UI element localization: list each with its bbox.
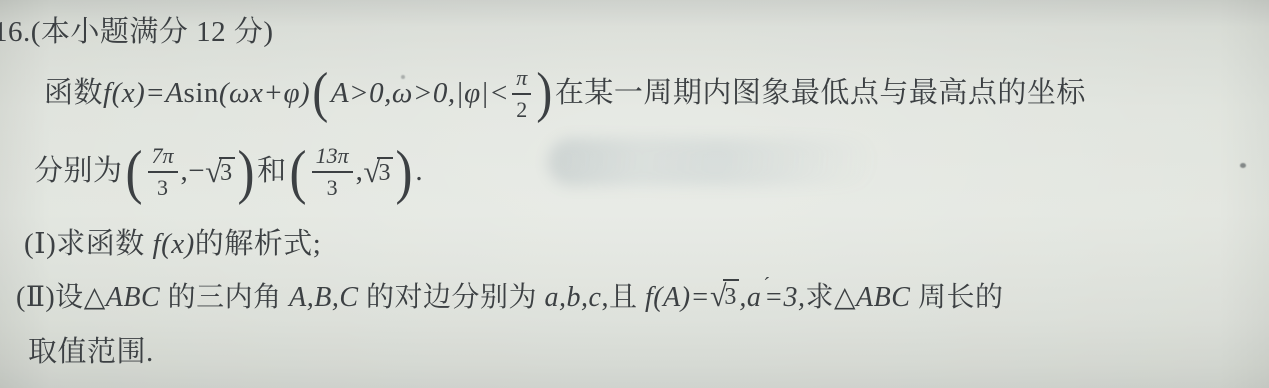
part-one-suffix: 的解析式; [195, 228, 322, 260]
fa-equals: f(A)= [645, 282, 710, 313]
part-two-continuation: 取值范围. [28, 334, 154, 370]
big-paren-open: ( [125, 139, 142, 205]
sqrt-3: √3 [205, 155, 235, 189]
part-two-text: (Ⅱ)设 [16, 282, 84, 313]
part-two-text: 的三内角 [160, 282, 289, 313]
exam-paper-photo: 16.(本小题满分 12 分) 函数 f(x)=A sin (ωx+φ) ( A… [0, 0, 1269, 388]
points-lead-text: 分别为 [34, 156, 123, 188]
fraction-numerator: 7π [148, 144, 178, 173]
triangle-symbol: △ [834, 282, 856, 313]
big-paren-close: ) [396, 139, 413, 205]
angle-labels: A,B,C [289, 282, 358, 313]
paper-speck [1240, 163, 1246, 168]
stray-print-mark: ˊ [763, 273, 770, 298]
part-two-text: 周长的 [910, 282, 1003, 313]
fraction-denominator: 2 [516, 95, 527, 122]
radicand: 3 [377, 157, 393, 186]
fraction-denominator: 3 [157, 173, 168, 200]
separator-minus: ,− [181, 156, 206, 188]
parameter-constraints: A>0,ω>0,|φ|< [331, 78, 509, 110]
problem-statement-line: 函数 f(x)=A sin (ωx+φ) ( A>0,ω>0,|φ|< π 2 … [44, 56, 1086, 132]
part-one-line: (Ⅰ)求函数 f(x)的解析式; [24, 226, 321, 262]
radicand: 3 [219, 157, 235, 186]
big-paren-close: ) [537, 63, 553, 125]
sqrt-3: √3 [363, 155, 393, 189]
side-labels: a,b,c [545, 282, 602, 313]
part-one-prefix: (Ⅰ)求函数 [24, 228, 153, 260]
fx-expression: f(x) [153, 228, 195, 260]
triangle-symbol: △ [84, 282, 106, 313]
sentence-period: . [415, 156, 423, 188]
big-paren-open: ( [289, 139, 306, 205]
fraction-denominator: 3 [327, 173, 338, 200]
sqrt-3: √3 [710, 293, 739, 310]
triangle-abc-label: ABC [856, 282, 910, 313]
part-two-text: ,且 [601, 282, 645, 313]
fraction-13pi-over-3: 13π 3 [312, 144, 353, 200]
sin-argument: (ωx+φ) [219, 78, 310, 110]
big-paren-open: ( [313, 63, 329, 125]
fraction-numerator: 13π [312, 144, 353, 173]
fraction-7pi-over-3: 7π 3 [148, 144, 178, 200]
statement-lead-text: 函数 [44, 78, 103, 110]
part-two-text: 的对边分别为 [359, 282, 545, 313]
and-text: 和 [257, 156, 287, 188]
coordinate-points-line: 分别为 ( 7π 3 ,− √3 ) 和 ( 13π 3 , √3 ) . [34, 136, 423, 208]
radicand: 3 [723, 279, 739, 312]
fraction-pi-over-2: π 2 [512, 66, 531, 122]
a-variable: ,a [739, 282, 761, 313]
big-paren-close: ) [238, 139, 255, 205]
triangle-abc-label: ABC [106, 282, 160, 313]
separator-comma: , [356, 156, 364, 188]
ink-bleed-smudge [548, 138, 878, 186]
fraction-numerator: π [512, 66, 531, 95]
part-two-line: (Ⅱ)设△ABC 的三内角 A,B,C 的对边分别为 a,b,c,且 f(A)=… [16, 278, 1003, 316]
statement-tail-text: 在某一周期内图象最低点与最高点的坐标 [555, 78, 1086, 110]
sin-operator: sin [184, 78, 219, 110]
part-two-text: 求 [805, 282, 834, 313]
equals-three: =3, [764, 282, 805, 313]
problem-header: 16.(本小题满分 12 分) [0, 14, 274, 50]
function-definition: f(x)=A [103, 78, 184, 110]
